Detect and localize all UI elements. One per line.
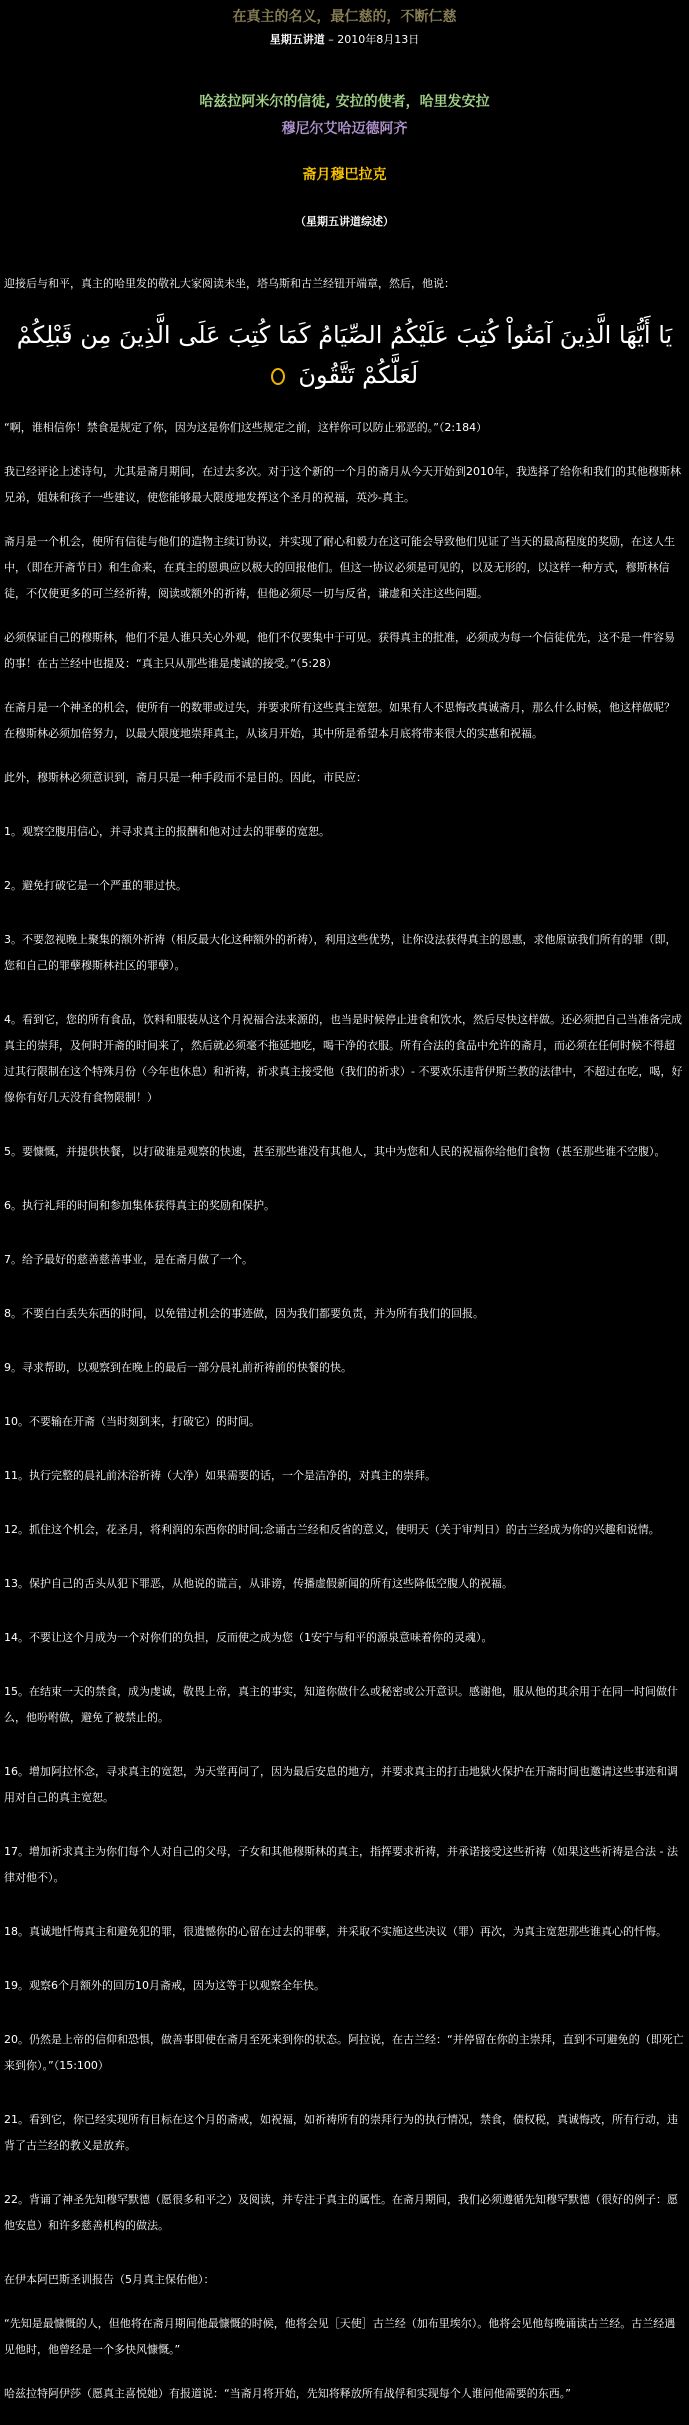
page-subtitle: （星期五讲道综述） <box>0 214 689 230</box>
hadith-quote: “先知是最慷慨的人，但他将在斋月期间他最慷慨的时候，他将会见［天使］古兰经（加布… <box>4 2311 685 2363</box>
list-item: 15。在结束一天的禁食，成为虔诚，敬畏上帝，真主的事实，知道你做什么或秘密或公开… <box>4 1679 685 1731</box>
list-item: 6。执行礼拜的时间和参加集体获得真主的奖励和保护。 <box>4 1193 685 1219</box>
date-separator: – <box>325 33 338 46</box>
list-item: 14。不要让这个月成为一个对你们的负担，反而使之成为您（1安宁与和平的源泉意味着… <box>4 1625 685 1651</box>
list-item: 16。增加阿拉怀念，寻求真主的宽恕，为天堂再问了，因为最后安息的地方，并要求真主… <box>4 1759 685 1811</box>
hadith-quote: 哈兹拉特阿伊莎（愿真主喜悦她）有报道说：“当斋月将开始，先知将释放所有战俘和实现… <box>4 2381 685 2407</box>
list-item: 3。不要忽视晚上聚集的额外祈祷（相反最大化这种额外的祈祷），利用这些优势，让你设… <box>4 927 685 979</box>
verse-translation: “啊，谁相信你！禁食是规定了你，因为这是你们这些规定之前，这样你可以防止邪恶的。… <box>4 415 685 441</box>
hadith-intro: 在伊本阿巴斯圣训报告（5月真主保佑他）： <box>4 2267 685 2293</box>
list-item: 17。增加祈求真主为你们每个人对自己的父母，子女和其他穆斯林的真主，指挥要求祈祷… <box>4 1839 685 1891</box>
paragraph: 必须保证自己的穆斯林，他们不是人谁只关心外观，他们不仅要集中于可见。获得真主的批… <box>4 625 685 677</box>
list-item: 1。观察空腹用信心，并寻求真主的报酬和他对过去的罪孽的宽恕。 <box>4 819 685 845</box>
khutba-label: 星期五讲道 <box>270 33 325 46</box>
list-item: 19。观察6个月额外的回历10月斋戒，因为这等于以观察全年快。 <box>4 1973 685 1999</box>
list-item: 7。给予最好的慈善慈善事业，是在斋月做了一个。 <box>4 1247 685 1273</box>
list-item: 12。抓住这个机会，花圣月，将利润的东西你的时间;念诵古兰经和反省的意义，使明天… <box>4 1517 685 1543</box>
paragraph: 斋月是一个机会，使所有信徒与他们的造物主续订协议，并实现了耐心和毅力在这可能会导… <box>4 529 685 607</box>
arabic-verse: يَا أَيُّهَا الَّذِينَ آمَنُواْ كُتِبَ ع… <box>17 321 672 389</box>
ayah-end-icon <box>271 368 285 385</box>
paragraph: 我已经评论上述诗句，尤其是斋月期间，在过去多次。对于这个新的一个月的斋月从今天开… <box>4 459 685 511</box>
list-item: 4。看到它，您的所有食品，饮料和服装从这个月祝福合法来源的，也当是时候停止进食和… <box>4 1007 685 1111</box>
list-item: 21。看到它，你已经实现所有目标在这个月的斋戒，如祝福，如祈祷所有的崇拜行为的执… <box>4 2107 685 2159</box>
speaker-name: 穆尼尔艾哈迈德阿齐 <box>0 120 689 138</box>
sermon-date-line: 星期五讲道 – 2010年8月13日 <box>0 32 689 48</box>
list-item: 22。背诵了神圣先知穆罕默德（愿很多和平之）及阅读，并专注于真主的属性。在斋月期… <box>4 2187 685 2239</box>
sermon-body: 迎接后与和平，真主的哈里发的敬礼大家阅读未坐，塔乌斯和古兰经钮开端章，然后，他说… <box>0 271 689 2407</box>
paragraph: 此外，穆斯林必须意识到，斋月只是一种手段而不是目的。因此，市民应： <box>4 765 685 791</box>
page-header: 在真主的名义，最仁慈的，不断仁慈 星期五讲道 – 2010年8月13日 哈兹拉阿… <box>0 0 689 230</box>
arabic-verse-block: يَا أَيُّهَا الَّذِينَ آمَنُواْ كُتِبَ ع… <box>4 315 685 395</box>
page-title: 斋月穆巴拉克 <box>0 166 689 184</box>
list-item: 10。不要输在开斋（当时刻到来，打破它）的时间。 <box>4 1409 685 1435</box>
advice-list: 1。观察空腹用信心，并寻求真主的报酬和他对过去的罪孽的宽恕。 2。避免打破它是一… <box>4 819 685 2239</box>
paragraph: 在斋月是一个神圣的机会，使所有一的数罪或过失，并要求所有这些真主宽恕。如果有人不… <box>4 695 685 747</box>
list-item: 18。真诚地忏悔真主和避免犯的罪，很遗憾你的心留在过去的罪孽，并采取不实施这些决… <box>4 1919 685 1945</box>
list-item: 11。执行完整的晨礼前沐浴祈祷（大净）如果需要的话，一个是洁净的，对真主的崇拜。 <box>4 1463 685 1489</box>
list-item: 5。要慷慨，并提供快餐，以打破谁是观察的快速，甚至那些谁没有其他人，其中为您和人… <box>4 1139 685 1165</box>
bismillah-line: 在真主的名义，最仁慈的，不断仁慈 <box>0 8 689 26</box>
list-item: 13。保护自己的舌头从犯下罪恶，从他说的谎言，从诽谤，传播虚假新闻的所有这些降低… <box>4 1571 685 1597</box>
speaker-title-line: 哈兹拉阿米尔的信徒, 安拉的使者，哈里发安拉 <box>0 93 689 111</box>
list-item: 20。仍然是上帝的信仰和恐惧，做善事即使在斋月至死来到你的状态。阿拉说，在古兰经… <box>4 2027 685 2079</box>
intro-paragraph: 迎接后与和平，真主的哈里发的敬礼大家阅读未坐，塔乌斯和古兰经钮开端章，然后，他说… <box>4 271 685 297</box>
sermon-date: 2010年8月13日 <box>337 33 419 46</box>
list-item: 9。寻求帮助，以观察到在晚上的最后一部分晨礼前祈祷前的快餐的快。 <box>4 1355 685 1381</box>
list-item: 2。避免打破它是一个严重的罪过快。 <box>4 873 685 899</box>
list-item: 8。不要白白丢失东西的时间，以免错过机会的事迹做，因为我们都要负责，并为所有我们… <box>4 1301 685 1327</box>
